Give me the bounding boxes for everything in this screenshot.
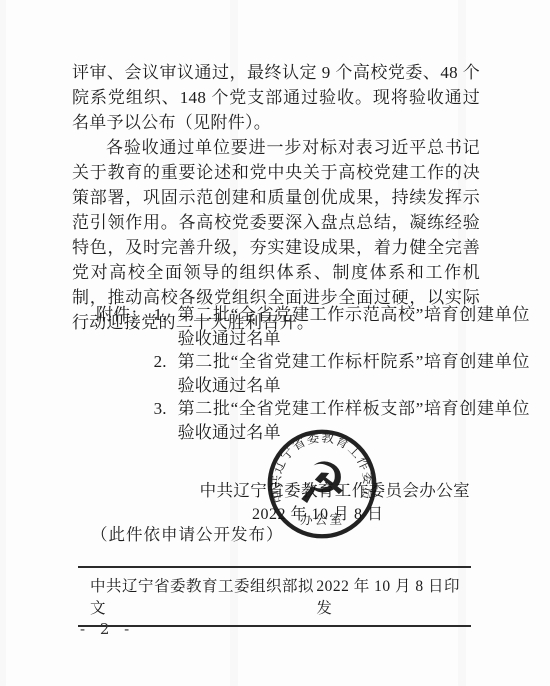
footer-print-date: 2022 年 10 月 8 日印发: [316, 574, 467, 618]
attachment-list: 附件： 1. 第二批“全省党建工作示范高校”培育创建单位验收通过名单 2. 第二…: [96, 303, 530, 444]
attachment-item-number: 1.: [154, 303, 178, 350]
attachment-item-text: 第二批“全省党建工作示范高校”培育创建单位验收通过名单: [178, 303, 530, 350]
footer-drafting-org: 中共辽宁省委教育工委组织部拟文: [90, 574, 316, 618]
body-text: 评审、会议审议通过，最终认定 9 个高校党委、48 个院系党组织、148 个党支…: [72, 60, 480, 335]
attachment-item: 2. 第二批“全省党建工作标杆院系”培育创建单位验收通过名单: [154, 350, 530, 397]
paragraph-continuation: 评审、会议审议通过，最终认定 9 个高校党委、48 个院系党组织、148 个党支…: [72, 60, 480, 135]
attachment-item-number: 2.: [154, 350, 178, 397]
attachment-item-number: 3.: [154, 397, 178, 444]
publish-note: （此件依申请公开发布）: [91, 521, 284, 545]
attachment-item: 1. 第二批“全省党建工作示范高校”培育创建单位验收通过名单: [154, 303, 530, 350]
document-page: 评审、会议审议通过，最终认定 9 个高校党委、48 个院系党组织、148 个党支…: [0, 0, 550, 686]
attachment-label: 附件：: [96, 303, 148, 444]
attachment-items: 1. 第二批“全省党建工作示范高校”培育创建单位验收通过名单 2. 第二批“全省…: [154, 303, 530, 444]
seal-bottom-text: 办公室: [300, 512, 344, 527]
page-number: - 2 -: [80, 620, 134, 638]
hammer-sickle-icon: ☭: [296, 451, 347, 517]
footer-bar: 中共辽宁省委教育工委组织部拟文 2022 年 10 月 8 日印发: [78, 566, 471, 627]
attachment-item-text: 第二批“全省党建工作标杆院系”培育创建单位验收通过名单: [178, 350, 530, 397]
